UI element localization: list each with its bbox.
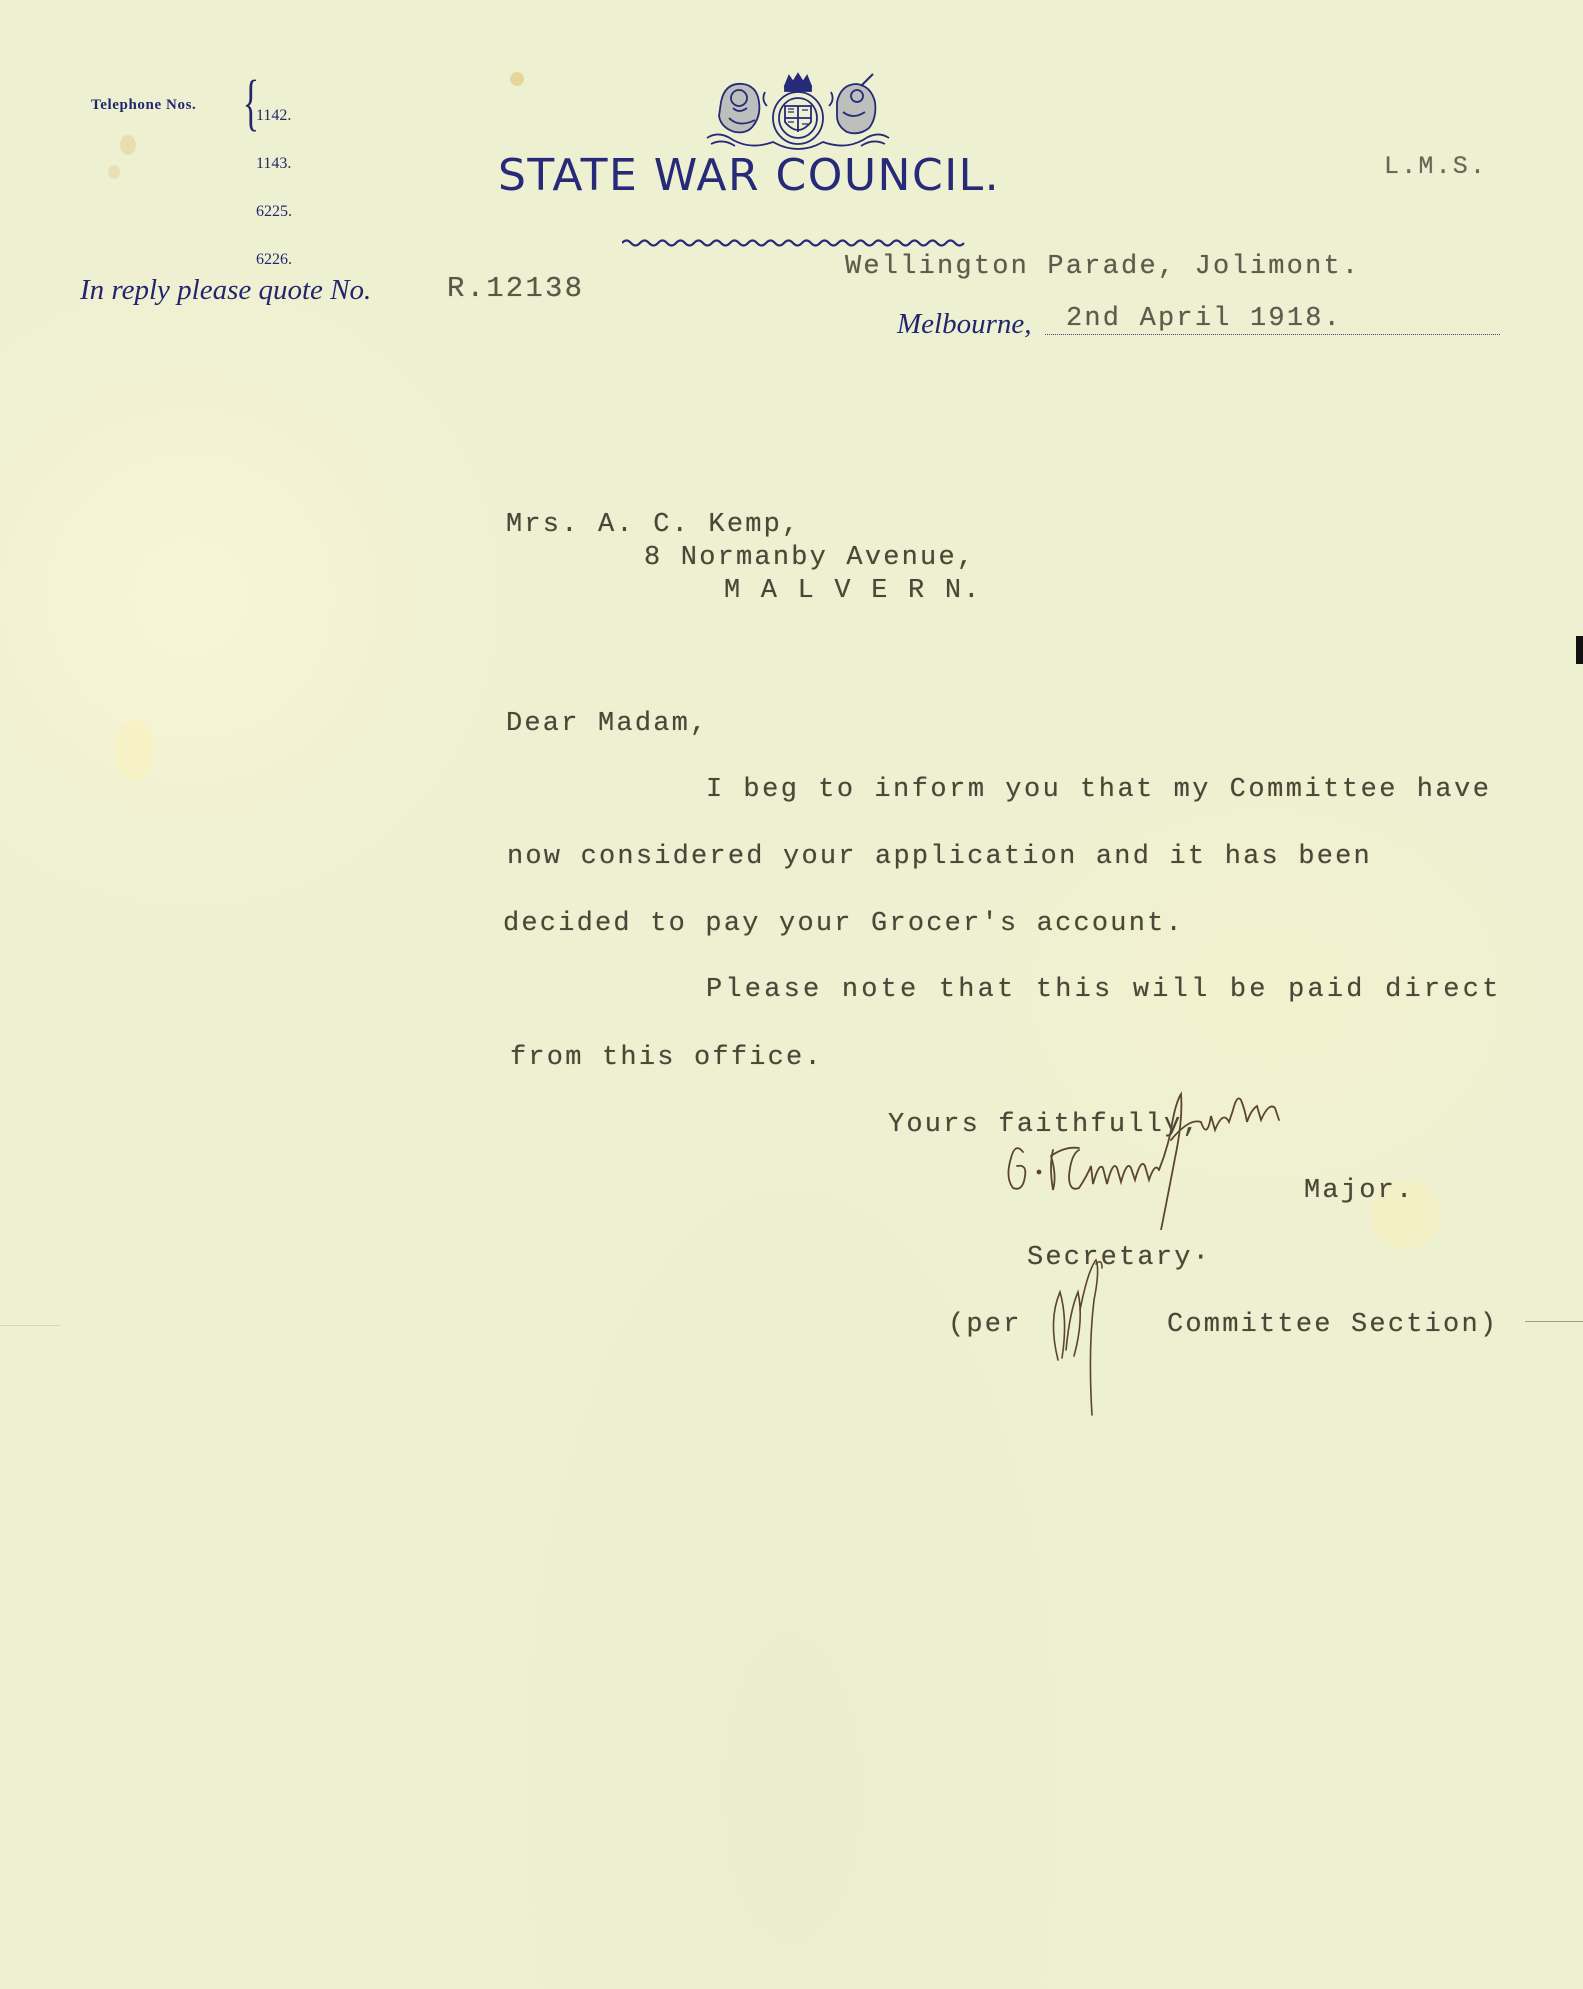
paper-stain [510,72,524,86]
wavy-divider [614,218,962,230]
signature-icon [995,1080,1415,1230]
reference-number: R.12138 [447,272,584,305]
fold-line [1525,1321,1583,1322]
body-line: Please note that this will be paid direc… [706,975,1502,1005]
per-prefix: (per [948,1310,1022,1340]
reply-quote-label: In reply please quote No. [80,274,371,307]
recipient-suburb: M A L V E R N. [724,576,982,606]
letter-date: 2nd April 1918. [1066,304,1342,334]
page-edge-mark [1576,636,1583,664]
body-line: I beg to inform you that my Committee ha… [706,775,1492,805]
telephone-label: Telephone Nos. [91,97,196,114]
date-dotted-line [1045,334,1500,335]
recipient-street: 8 Normanby Avenue, [644,543,975,573]
telephone-number: 1142. [256,108,292,124]
signatory-rank: Major. [1304,1176,1414,1206]
telephone-number: 6225. [256,204,292,220]
body-line: decided to pay your Grocer's account. [503,909,1184,939]
paper-stain [120,135,136,155]
paper-stain [108,165,120,179]
fold-line [0,1325,60,1326]
city-label: Melbourne, [897,308,1032,341]
body-line: from this office. [510,1043,823,1073]
sender-street-address: Wellington Parade, Jolimont. [845,252,1360,282]
committee-section: Committee Section) [1167,1310,1498,1340]
initials-icon [1040,1240,1130,1420]
typist-initials: L.M.S. [1384,152,1487,181]
telephone-number: 6226. [256,252,292,268]
telephone-numbers: 1142. 1143. 6225. 6226. [256,76,292,284]
organisation-title: STATE WAR COUNCIL. [498,150,1000,201]
coat-of-arms-icon [695,54,885,138]
body-line: now considered your application and it h… [507,842,1372,872]
paper-stain [115,720,155,780]
recipient-name: Mrs. A. C. Kemp, [506,510,800,540]
telephone-number: 1143. [256,156,292,172]
salutation: Dear Madam, [506,709,708,739]
